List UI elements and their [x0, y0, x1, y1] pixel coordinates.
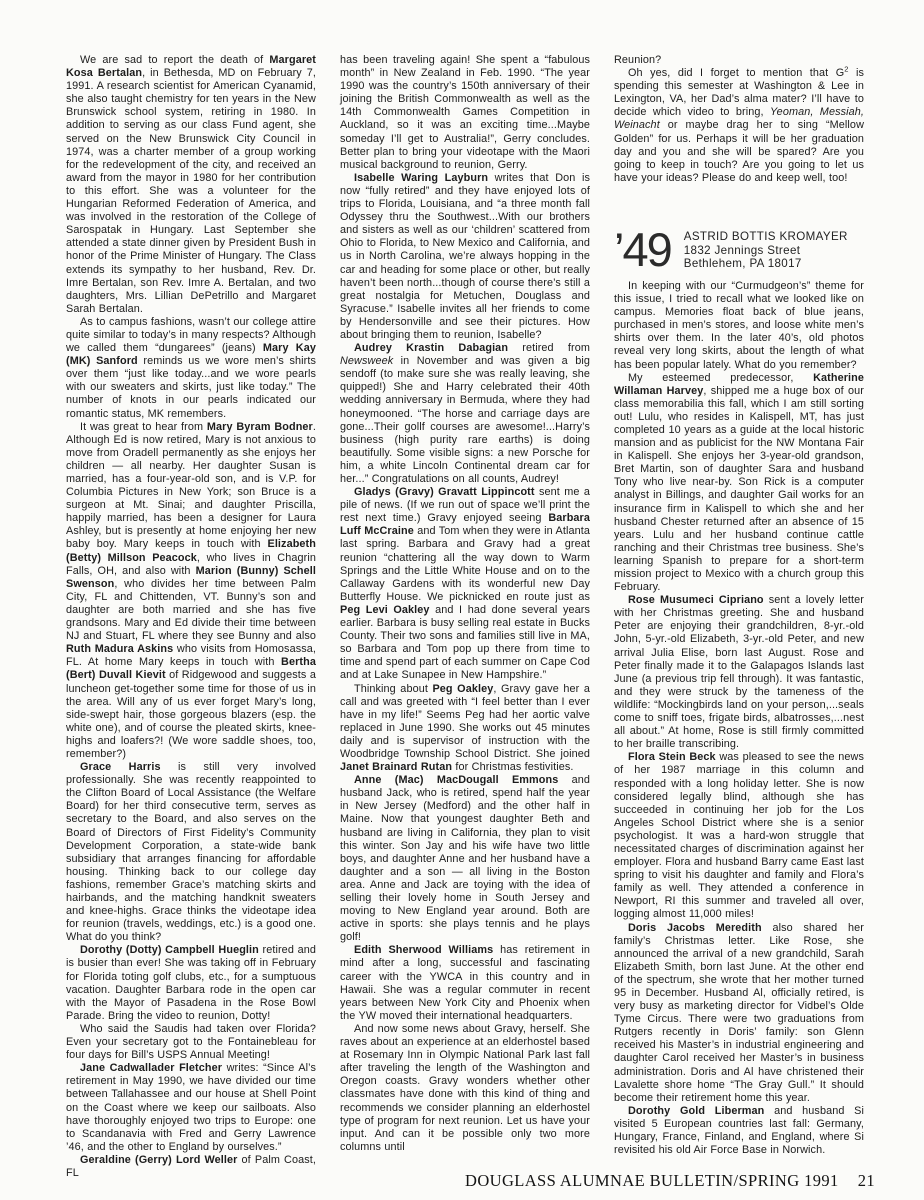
text-segment: in November and was given a big sendoff …: [340, 355, 590, 485]
class-secretary-name: ASTRID BOTTIS KROMAYER: [684, 230, 848, 244]
class-header-49: ’49 ASTRID BOTTIS KROMAYER 1832 Jennings…: [614, 229, 864, 271]
paragraph: Who said the Saudis had taken over Flori…: [66, 1023, 316, 1062]
paragraph: Dorothy Gold Liberman and husband Si vis…: [614, 1105, 864, 1157]
person-name: Audrey Krastin Dabagian: [354, 342, 508, 354]
person-name: Dorothy (Dotty) Campbell Hueglin: [80, 944, 259, 956]
person-name: Doris Jacobs Meredith: [628, 922, 762, 934]
person-name: Rose Musumeci Cipriano: [628, 594, 764, 606]
paragraph: has been traveling again! She spent a “f…: [340, 54, 590, 172]
person-name: Peg Oakley: [432, 683, 493, 695]
text-segment: . Although Ed is now retired, Mary is no…: [66, 421, 316, 551]
person-name: Peg Levi Oakley: [340, 604, 430, 616]
text-segment: Oh yes, did I forget to mention that G: [628, 67, 844, 79]
paragraph: Thinking about Peg Oakley, Gravy gave he…: [340, 683, 590, 775]
paragraph: Jane Cadwallader Fletcher writes: “Since…: [66, 1062, 316, 1154]
paragraph: Anne (Mac) MacDougall Emmons and husband…: [340, 774, 590, 944]
column-3: Reunion?Oh yes, did I forget to mention …: [614, 54, 864, 1180]
bulletin-title: DOUGLASS ALUMNAE BULLETIN/SPRING 1991: [465, 1171, 839, 1190]
class-secretary-street: 1832 Jennings Street: [684, 244, 848, 258]
class-secretary-city: Bethlehem, PA 18017: [684, 257, 848, 271]
text-segment: also shared her family’s Christmas lette…: [614, 922, 864, 1104]
text-segment: , shipped me a huge box of our class mem…: [614, 385, 864, 593]
paragraph: Edith Sherwood Williams has retirement i…: [340, 944, 590, 1023]
text-segment: writes: “Since Al’s retirement in May 19…: [66, 1062, 316, 1153]
person-name: Flora Stein Beck: [628, 751, 716, 763]
paragraph: Isabelle Waring Layburn writes that Don …: [340, 172, 590, 342]
magazine-page: We are sad to report the death of Margar…: [0, 0, 924, 1200]
page-number: 21: [858, 1171, 875, 1190]
text-segment: of Ridgewood and suggests a luncheon get…: [66, 669, 316, 760]
paragraph: Flora Stein Beck was pleased to see the …: [614, 751, 864, 921]
text-segment: is still very involved professionally. S…: [66, 761, 316, 943]
person-name: Jane Cadwallader Fletcher: [80, 1062, 222, 1074]
text-segment: Who said the Saudis had taken over Flori…: [66, 1023, 316, 1061]
paragraph: As to campus fashions, wasn’t our colleg…: [66, 316, 316, 421]
paragraph: Reunion?: [614, 54, 864, 67]
person-name: Mary Byram Bodner: [207, 421, 313, 433]
text-segment: , in Bethesda, MD on February 7, 1991. A…: [66, 67, 316, 315]
paragraph: It was great to hear from Mary Byram Bod…: [66, 421, 316, 761]
text-segment: writes that Don is now “fully retired” a…: [340, 172, 590, 341]
text-segment: for Christmas festivities.: [452, 761, 573, 773]
paragraph: Geraldine (Gerry) Lord Weller of Palm Co…: [66, 1154, 316, 1180]
class-year-numeral: ’49: [614, 229, 671, 271]
paragraph: Doris Jacobs Meredith also shared her fa…: [614, 922, 864, 1105]
person-name: Ruth Madura Askins: [66, 643, 173, 655]
paragraph: My esteemed predecessor, Katherine Willa…: [614, 372, 864, 595]
text-segment: We are sad to report the death of: [80, 54, 269, 66]
text-segment: has been traveling again! She spent a “f…: [340, 54, 590, 171]
text-segment: retired from: [508, 342, 590, 354]
text-segment: In keeping with our “Curmudgeon’s” theme…: [614, 280, 864, 371]
text-segment: and husband Jack, who is retired, spend …: [340, 774, 590, 943]
paragraph: Gladys (Gravy) Gravatt Lippincott sent m…: [340, 486, 590, 682]
paragraph: Rose Musumeci Cipriano sent a lovely let…: [614, 594, 864, 751]
person-name: Geraldine (Gerry) Lord Weller: [80, 1154, 237, 1166]
paragraph: Oh yes, did I forget to mention that G2 …: [614, 67, 864, 185]
text-segment: It was great to hear from: [80, 421, 207, 433]
person-name: Anne (Mac) MacDougall Emmons: [354, 774, 558, 786]
text-segment: Thinking about: [354, 683, 432, 695]
paragraph: And now some news about Gravy, herself. …: [340, 1023, 590, 1154]
column-3-top: Reunion?Oh yes, did I forget to mention …: [614, 54, 864, 185]
person-name: Gladys (Gravy) Gravatt Lippincott: [354, 486, 535, 498]
text-columns: We are sad to report the death of Margar…: [66, 54, 864, 1180]
person-name: Janet Brainard Rutan: [340, 761, 452, 773]
class-secretary-block: ASTRID BOTTIS KROMAYER 1832 Jennings Str…: [684, 229, 848, 271]
person-name: Isabelle Waring Layburn: [354, 172, 488, 184]
paragraph: We are sad to report the death of Margar…: [66, 54, 316, 316]
text-segment: And now some news about Gravy, herself. …: [340, 1023, 590, 1153]
person-name: Grace Harris: [80, 761, 161, 773]
person-name: Dorothy Gold Liberman: [628, 1105, 764, 1117]
paragraph: Grace Harris is still very involved prof…: [66, 761, 316, 944]
paragraph: Audrey Krastin Dabagian retired from New…: [340, 342, 590, 486]
publication-title: Newsweek: [340, 355, 393, 367]
text-segment: My esteemed predecessor,: [628, 372, 813, 384]
page-footer: DOUGLASS ALUMNAE BULLETIN/SPRING 199121: [465, 1171, 875, 1191]
text-segment: sent a lovely letter with her Christmas …: [614, 594, 864, 750]
person-name: Edith Sherwood Williams: [354, 944, 493, 956]
column-2: has been traveling again! She spent a “f…: [340, 54, 590, 1180]
paragraph: In keeping with our “Curmudgeon’s” theme…: [614, 280, 864, 372]
text-segment: Reunion?: [614, 54, 661, 66]
paragraph: Dorothy (Dotty) Campbell Hueglin retired…: [66, 944, 316, 1023]
column-1: We are sad to report the death of Margar…: [66, 54, 316, 1180]
text-segment: was pleased to see the news of her 1987 …: [614, 751, 864, 920]
column-3-bottom: In keeping with our “Curmudgeon’s” theme…: [614, 280, 864, 1157]
